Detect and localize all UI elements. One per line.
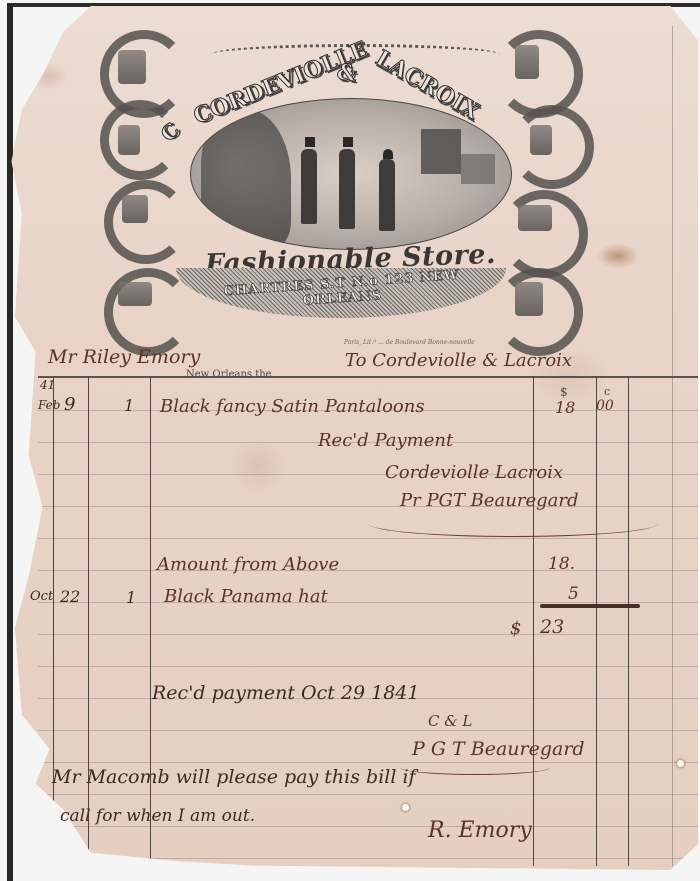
carried-amount: 18. — [548, 554, 575, 574]
ruled-line — [38, 506, 698, 507]
total-dollar-sign: $ — [510, 618, 521, 639]
entry-year: 41 — [40, 378, 55, 392]
cloth-vignette-icon — [515, 282, 543, 316]
ruled-line — [38, 538, 698, 539]
pin-hole — [677, 760, 684, 767]
scan-frame-left — [7, 4, 13, 881]
park-scene-vignette — [190, 98, 512, 250]
column-rule-qty — [150, 376, 151, 866]
cap-figure-3 — [383, 149, 393, 159]
scroll-ornament — [495, 30, 583, 118]
total-underline — [540, 604, 640, 608]
to-merchant-line: To Cordeviolle & Lacroix — [345, 350, 572, 371]
carried-amount-label: Amount from Above — [157, 554, 339, 575]
margin-rule — [672, 26, 673, 866]
customer-name: Mr Riley Emory — [48, 346, 200, 368]
ruled-line — [38, 634, 698, 635]
top-hat-figure-1 — [305, 137, 315, 147]
hat-vignette-icon — [118, 50, 146, 84]
dollars-header: $ — [560, 385, 568, 399]
entry-month: Oct — [30, 589, 53, 604]
entry-description: Black fancy Satin Pantaloons — [160, 396, 425, 417]
printer-imprint: Paris, Lit.º ... de Boulevard Bonne-nouv… — [344, 339, 475, 346]
entry-description: Black Panama hat — [164, 586, 328, 607]
ruled-line — [38, 602, 698, 603]
receipt-initials: C & L — [428, 712, 472, 730]
entry-cents: 00 — [596, 398, 614, 414]
column-rule-dollars — [533, 376, 534, 866]
note-signature: R. Emory — [428, 818, 532, 843]
place-printed: New Orleans the — [186, 369, 272, 380]
note-line-1: Mr Macomb will please pay this bill if — [52, 766, 416, 788]
receipt-flourish — [400, 760, 550, 775]
gentleman-figure-1 — [301, 149, 317, 224]
tree-illustration — [201, 109, 291, 249]
entry-dollars: 18 — [555, 398, 575, 417]
company-ampersand: & — [335, 59, 358, 88]
entry-qty: 1 — [126, 588, 136, 607]
cap-vignette-icon — [122, 195, 148, 223]
entry-month: Feb — [38, 398, 60, 412]
entry-day: 22 — [60, 587, 80, 606]
ruled-line — [38, 474, 698, 475]
ruin-illustration — [461, 154, 495, 184]
entry-qty: 1 — [124, 396, 134, 415]
column-rule-end — [628, 376, 629, 866]
ruled-line — [38, 794, 698, 795]
entry-dollars: 5 — [568, 584, 579, 604]
shoe-vignette-icon — [118, 282, 152, 306]
ruled-line — [38, 826, 698, 827]
agent-signature: Pr PGT Beauregard — [400, 490, 579, 511]
table-top-rule — [38, 376, 698, 378]
merchant-signature: Cordeviolle Lacroix — [385, 462, 563, 483]
hatbox-vignette-icon — [518, 205, 552, 231]
ruled-line — [38, 570, 698, 571]
total-amount: 23 — [540, 616, 564, 638]
boot-vignette-icon — [118, 125, 140, 155]
coat-vignette-icon — [515, 45, 539, 79]
pin-hole — [402, 804, 409, 811]
ruled-line — [38, 858, 698, 859]
scroll-ornament — [510, 105, 594, 189]
receipt-signature: P G T Beauregard — [412, 738, 585, 760]
column-rule-cents — [596, 376, 597, 866]
shop-vignette-icon — [530, 125, 552, 155]
ruled-line — [38, 666, 698, 667]
entry-day: 9 — [64, 394, 75, 415]
ruled-line — [38, 762, 698, 763]
receipt-line: Rec'd payment Oct 29 1841 — [152, 682, 419, 704]
scroll-ornament — [500, 190, 588, 278]
ruled-line — [38, 730, 698, 731]
note-line-2: call for when I am out. — [60, 806, 255, 826]
castle-illustration — [421, 129, 461, 174]
cents-header: c — [604, 385, 610, 398]
signature-flourish — [368, 510, 658, 537]
gentleman-figure-2 — [339, 149, 355, 229]
top-hat-figure-2 — [343, 137, 353, 147]
gentleman-figure-3 — [379, 159, 395, 231]
column-rule-day — [88, 376, 89, 866]
column-rule-month — [53, 376, 54, 866]
paid-stamp-line: Rec'd Payment — [318, 430, 453, 451]
